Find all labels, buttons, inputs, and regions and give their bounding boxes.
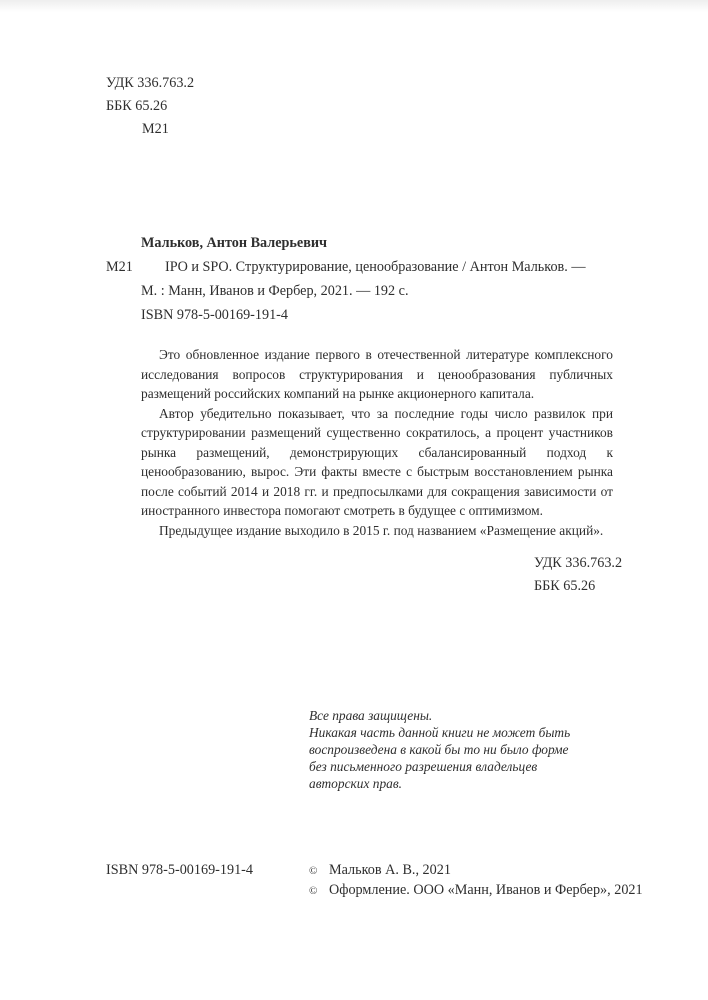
publisher-line: М. : Манн, Иванов и Фербер, 2021. — 192 … [141, 281, 409, 302]
isbn-record: ISBN 978-5-00169-191-4 [141, 305, 288, 326]
rights-line: авторских прав. [309, 775, 570, 792]
copyright-author-text: Мальков А. В., 2021 [329, 862, 451, 878]
rights-line: Все права защищены. [309, 707, 570, 724]
isbn-footer: ISBN 978-5-00169-191-4 [106, 860, 253, 881]
copyright-icon: © [309, 881, 329, 902]
author-sign-code: М21 [106, 257, 133, 278]
annotation-paragraph: Предыдущее издание выходило в 2015 г. по… [141, 521, 613, 541]
udk-code-top: УДК 336.763.2 [106, 73, 194, 94]
bbk-code-top: ББК 65.26 [106, 96, 167, 117]
rights-notice: Все права защищены. Никакая часть данной… [309, 707, 570, 792]
annotation-paragraph: Автор убедительно показывает, что за пос… [141, 404, 613, 521]
udk-code-bottom: УДК 336.763.2 [534, 553, 622, 574]
rights-line: без письменного разрешения владельцев [309, 758, 570, 775]
annotation-paragraph: Это обновленное издание первого в отечес… [141, 345, 613, 404]
author-sign-top: М21 [142, 119, 169, 140]
copyright-icon: © [309, 861, 329, 882]
rights-line: Никакая часть данной книги не может быть [309, 724, 570, 741]
copyright-design-text: Оформление. ООО «Манн, Иванов и Фербер»,… [329, 882, 643, 898]
bbk-code-bottom: ББК 65.26 [534, 576, 595, 597]
rights-line: воспроизведена в какой бы то ни было фор… [309, 741, 570, 758]
copyright-author: ©Мальков А. В., 2021 [309, 860, 451, 882]
annotation: Это обновленное издание первого в отечес… [141, 345, 613, 540]
author-name: Мальков, Антон Валерьевич [141, 233, 327, 254]
copyright-design: ©Оформление. ООО «Манн, Иванов и Фербер»… [309, 880, 643, 902]
page-top-shadow [0, 0, 708, 12]
book-title-line: IPO и SPO. Структурирование, ценообразов… [165, 257, 586, 278]
